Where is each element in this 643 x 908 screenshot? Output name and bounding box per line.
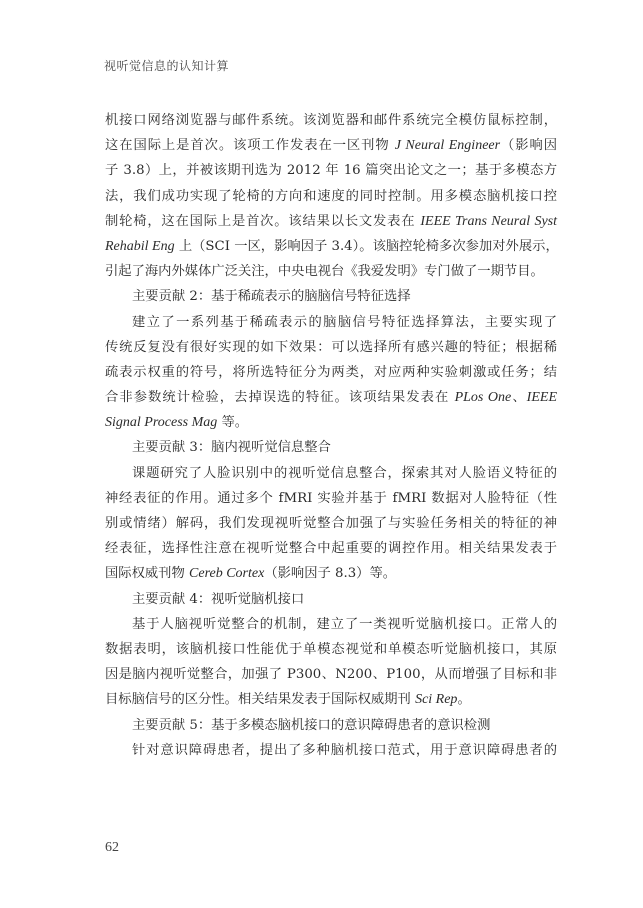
text-line: 机接口网络浏览器与邮件系统。该浏览器和邮件系统完全模仿鼠标控制， — [105, 108, 557, 133]
text-line: 神经表征的作用。通过多个 fMRI 实验并基于 fMRI 数据对人脸特征（性 — [105, 486, 557, 511]
line-text: 目标脑信号的区分性。相关结果发表于国际权威期刊 — [105, 692, 415, 707]
line-text: 主要贡献 5：基于多模态脑机接口的意识障碍患者的意识检测 — [132, 718, 490, 733]
line-text: 。 — [457, 692, 470, 707]
line-text: 针对意识障碍患者，提出了多种脑机接口范式，用于意识障碍患者的 — [132, 743, 557, 758]
text-line: 针对意识障碍患者，提出了多种脑机接口范式，用于意识障碍患者的 — [105, 738, 557, 763]
line-text: 子 3.8）上，并被该期刊选为 2012 年 16 篇突出论文之一；基于多模态方 — [105, 163, 557, 178]
text-line: Signal Process Mag 等。 — [105, 410, 557, 435]
line-text: 机接口网络浏览器与邮件系统。该浏览器和邮件系统完全模仿鼠标控制， — [105, 113, 557, 128]
body-text: 机接口网络浏览器与邮件系统。该浏览器和邮件系统完全模仿鼠标控制，这在国际上是首次… — [105, 108, 557, 763]
line-text: （影响因 — [500, 138, 557, 153]
text-line: 经表征，选择性注意在视听觉整合中起重要的调控作用。相关结果发表于 — [105, 536, 557, 561]
line-text: 制轮椅，这在国际上是首次。该结果以长文发表在 — [105, 214, 420, 229]
text-line: 数据表明，该脑机接口性能优于单模态视觉和单模态听觉脑机接口，其原 — [105, 637, 557, 662]
journal-name: Rehabil Eng — [105, 239, 175, 254]
line-text: 基于人脑视听觉整合的机制，建立了一类视听觉脑机接口。正常人的 — [132, 617, 557, 632]
section-heading: 主要贡献 2：基于稀疏表示的脑脑信号特征选择 — [105, 284, 557, 309]
line-text: 传统反复没有很好实现的如下效果：可以选择所有感兴趣的特征；根据稀 — [105, 340, 557, 355]
line-text: 神经表征的作用。通过多个 fMRI 实验并基于 fMRI 数据对人脸特征（性 — [105, 491, 557, 506]
text-line: 建立了一系列基于稀疏表示的脑脑信号特征选择算法，主要实现了 — [105, 310, 557, 335]
section-heading: 主要贡献 4：视听觉脑机接口 — [105, 587, 557, 612]
journal-name: IEEE Trans Neural Syst — [420, 214, 557, 229]
text-line: 这在国际上是首次。该项工作发表在一区刊物 J Neural Engineer（影… — [105, 133, 557, 158]
line-text: 数据表明，该脑机接口性能优于单模态视觉和单模态听觉脑机接口，其原 — [105, 642, 557, 657]
line-text: 、 — [511, 390, 526, 405]
line-text: 经表征，选择性注意在视听觉整合中起重要的调控作用。相关结果发表于 — [105, 541, 557, 556]
journal-name: Sci Rep — [415, 692, 457, 707]
section-heading: 主要贡献 5：基于多模态脑机接口的意识障碍患者的意识检测 — [105, 713, 557, 738]
line-text: 课题研究了人脸识别中的视听觉信息整合，探索其对人脸语义特征的 — [132, 466, 557, 481]
text-line: 传统反复没有很好实现的如下效果：可以选择所有感兴趣的特征；根据稀 — [105, 335, 557, 360]
section-heading: 主要贡献 3：脑内视听觉信息整合 — [105, 435, 557, 460]
text-line: 子 3.8）上，并被该期刊选为 2012 年 16 篇突出论文之一；基于多模态方 — [105, 158, 557, 183]
text-line: Rehabil Eng 上（SCI 一区，影响因子 3.4）。该脑控轮椅多次参加… — [105, 234, 557, 259]
line-text: （影响因子 8.3）等。 — [264, 566, 396, 581]
text-line: 疏表示权重的符号，将所选特征分为两类，对应两种实验刺激或任务；结 — [105, 360, 557, 385]
journal-name: Signal Process Mag — [105, 415, 217, 430]
running-header-title: 视听觉信息的认知计算 — [104, 57, 229, 74]
journal-name: PLos One — [455, 390, 512, 405]
line-text: 主要贡献 4：视听觉脑机接口 — [132, 592, 304, 607]
text-line: 别或情绪）解码，我们发现视听觉整合加强了与实验任务相关的特征的神 — [105, 511, 557, 536]
line-text: 因是脑内视听觉整合，加强了 P300、N200、P100，从而增强了目标和非 — [105, 667, 557, 682]
line-text: 这在国际上是首次。该项工作发表在一区刊物 — [105, 138, 395, 153]
line-text: 国际权威刊物 — [105, 566, 189, 581]
line-text: 上（SCI 一区，影响因子 3.4）。该脑控轮椅多次参加对外展示， — [175, 239, 559, 254]
page-number: 62 — [105, 840, 119, 856]
line-text: 主要贡献 2：基于稀疏表示的脑脑信号特征选择 — [132, 289, 411, 304]
text-line: 目标脑信号的区分性。相关结果发表于国际权威期刊 Sci Rep。 — [105, 687, 557, 712]
line-text: 法，我们成功实现了轮椅的方向和速度的同时控制。用多模态脑机接口控 — [105, 189, 557, 204]
text-line: 国际权威刊物 Cereb Cortex（影响因子 8.3）等。 — [105, 561, 557, 586]
journal-name: J Neural Engineer — [395, 138, 500, 153]
journal-name: Cereb Cortex — [189, 566, 264, 581]
text-line: 制轮椅，这在国际上是首次。该结果以长文发表在 IEEE Trans Neural… — [105, 209, 557, 234]
text-line: 引起了海内外媒体广泛关注，中央电视台《我爱发明》专门做了一期节目。 — [105, 259, 557, 284]
line-text: 别或情绪）解码，我们发现视听觉整合加强了与实验任务相关的特征的神 — [105, 516, 557, 531]
line-text: 建立了一系列基于稀疏表示的脑脑信号特征选择算法，主要实现了 — [132, 315, 557, 330]
text-line: 因是脑内视听觉整合，加强了 P300、N200、P100，从而增强了目标和非 — [105, 662, 557, 687]
text-line: 合非参数统计检验，去掉误选的特征。该项结果发表在 PLos One、IEEE — [105, 385, 557, 410]
text-line: 课题研究了人脸识别中的视听觉信息整合，探索其对人脸语义特征的 — [105, 461, 557, 486]
text-line: 法，我们成功实现了轮椅的方向和速度的同时控制。用多模态脑机接口控 — [105, 184, 557, 209]
line-text: 主要贡献 3：脑内视听觉信息整合 — [132, 440, 331, 455]
line-text: 疏表示权重的符号，将所选特征分为两类，对应两种实验刺激或任务；结 — [105, 365, 557, 380]
line-text: 合非参数统计检验，去掉误选的特征。该项结果发表在 — [105, 390, 455, 405]
journal-name: IEEE — [527, 390, 557, 405]
text-line: 基于人脑视听觉整合的机制，建立了一类视听觉脑机接口。正常人的 — [105, 612, 557, 637]
line-text: 等。 — [217, 415, 248, 430]
line-text: 引起了海内外媒体广泛关注，中央电视台《我爱发明》专门做了一期节目。 — [105, 264, 544, 279]
